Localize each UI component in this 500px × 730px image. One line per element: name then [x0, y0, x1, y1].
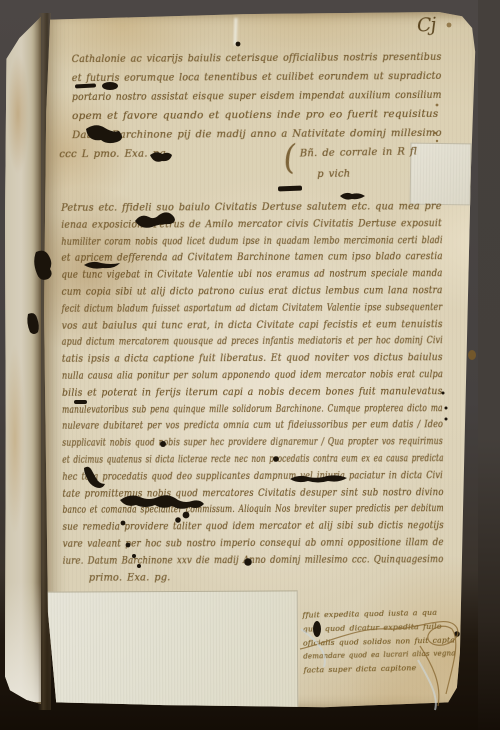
- ink-blot: [120, 495, 204, 509]
- ink-blot: [84, 262, 120, 269]
- fly-speck: [436, 104, 439, 107]
- ink-speck: [183, 512, 190, 519]
- ink-speck: [132, 554, 136, 558]
- ink-blot: [84, 467, 105, 488]
- ink-speck: [121, 521, 126, 526]
- ink-speck: [236, 42, 241, 47]
- paper-scratch: [418, 660, 436, 710]
- ink-blot: [102, 82, 118, 90]
- ink-blot: [340, 193, 365, 200]
- ink-blot: [313, 621, 321, 637]
- fly-speck: [445, 418, 448, 421]
- fly-speck: [434, 132, 436, 134]
- ink-speck: [160, 441, 166, 447]
- ink-speck: [175, 517, 181, 523]
- ink-blot: [75, 83, 96, 88]
- pen-flourish: [300, 622, 458, 649]
- ink-blot: [34, 251, 51, 280]
- ink-blot: [290, 475, 347, 482]
- ink-blot: [150, 152, 172, 162]
- manuscript-photo-scene: Cj Cathalonie ac vicarijs baiulis ceteri…: [0, 0, 500, 730]
- stain-dot: [447, 23, 452, 28]
- ink-blots-overlay: [0, 0, 500, 730]
- ink-blot: [278, 186, 302, 192]
- ink-speck: [137, 564, 141, 568]
- ink-speck: [74, 400, 87, 404]
- ink-speck: [273, 456, 279, 462]
- ink-speck: [126, 543, 131, 548]
- pen-flourish: [446, 629, 456, 694]
- fly-speck: [445, 407, 448, 410]
- ink-blot: [27, 313, 38, 334]
- stain-dot: [468, 350, 476, 360]
- ink-speck: [244, 558, 252, 566]
- ink-blot: [86, 125, 122, 143]
- fly-speck: [442, 392, 445, 395]
- ink-blot: [135, 212, 175, 227]
- fly-speck: [436, 140, 438, 142]
